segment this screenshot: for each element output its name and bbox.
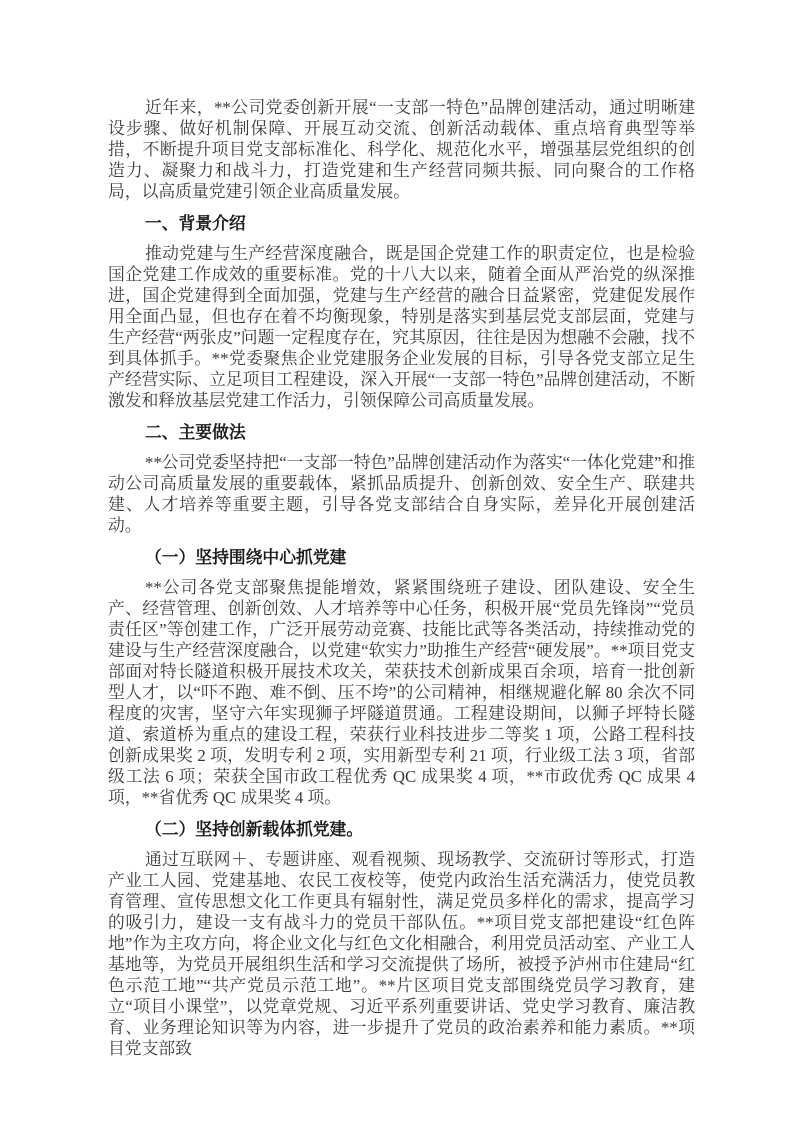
document-page: 近年来，**公司党委创新开展“一支部一特色”品牌创建活动，通过明晰建设步骤、做好… [0,0,793,1122]
body-paragraph: 推动党建与生产经营深度融合，既是国企党建工作的职责定位，也是检验国企党建工作成效… [108,243,695,411]
body-paragraph: **公司党委坚持把“一支部一特色”品牌创建活动作为落实“一体化党建”和推动公司高… [108,452,695,536]
body-paragraph: **公司各党支部聚焦提能增效，紧紧围绕班子建设、团队建设、安全生产、经营管理、创… [108,577,695,808]
section-heading: 一、背景介绍 [108,213,695,234]
section-heading: （一）坚持围绕中心抓党建 [108,547,695,568]
body-paragraph: 通过互联网＋、专题讲座、观看视频、现场教学、交流研讨等形式，打造产业工人园、党建… [108,849,695,1059]
document-body: 近年来，**公司党委创新开展“一支部一特色”品牌创建活动，通过明晰建设步骤、做好… [0,0,793,1059]
section-heading: 二、主要做法 [108,422,695,443]
body-paragraph: 近年来，**公司党委创新开展“一支部一特色”品牌创建活动，通过明晰建设步骤、做好… [108,97,695,202]
section-heading: （二）坚持创新载体抓党建。 [108,819,695,840]
